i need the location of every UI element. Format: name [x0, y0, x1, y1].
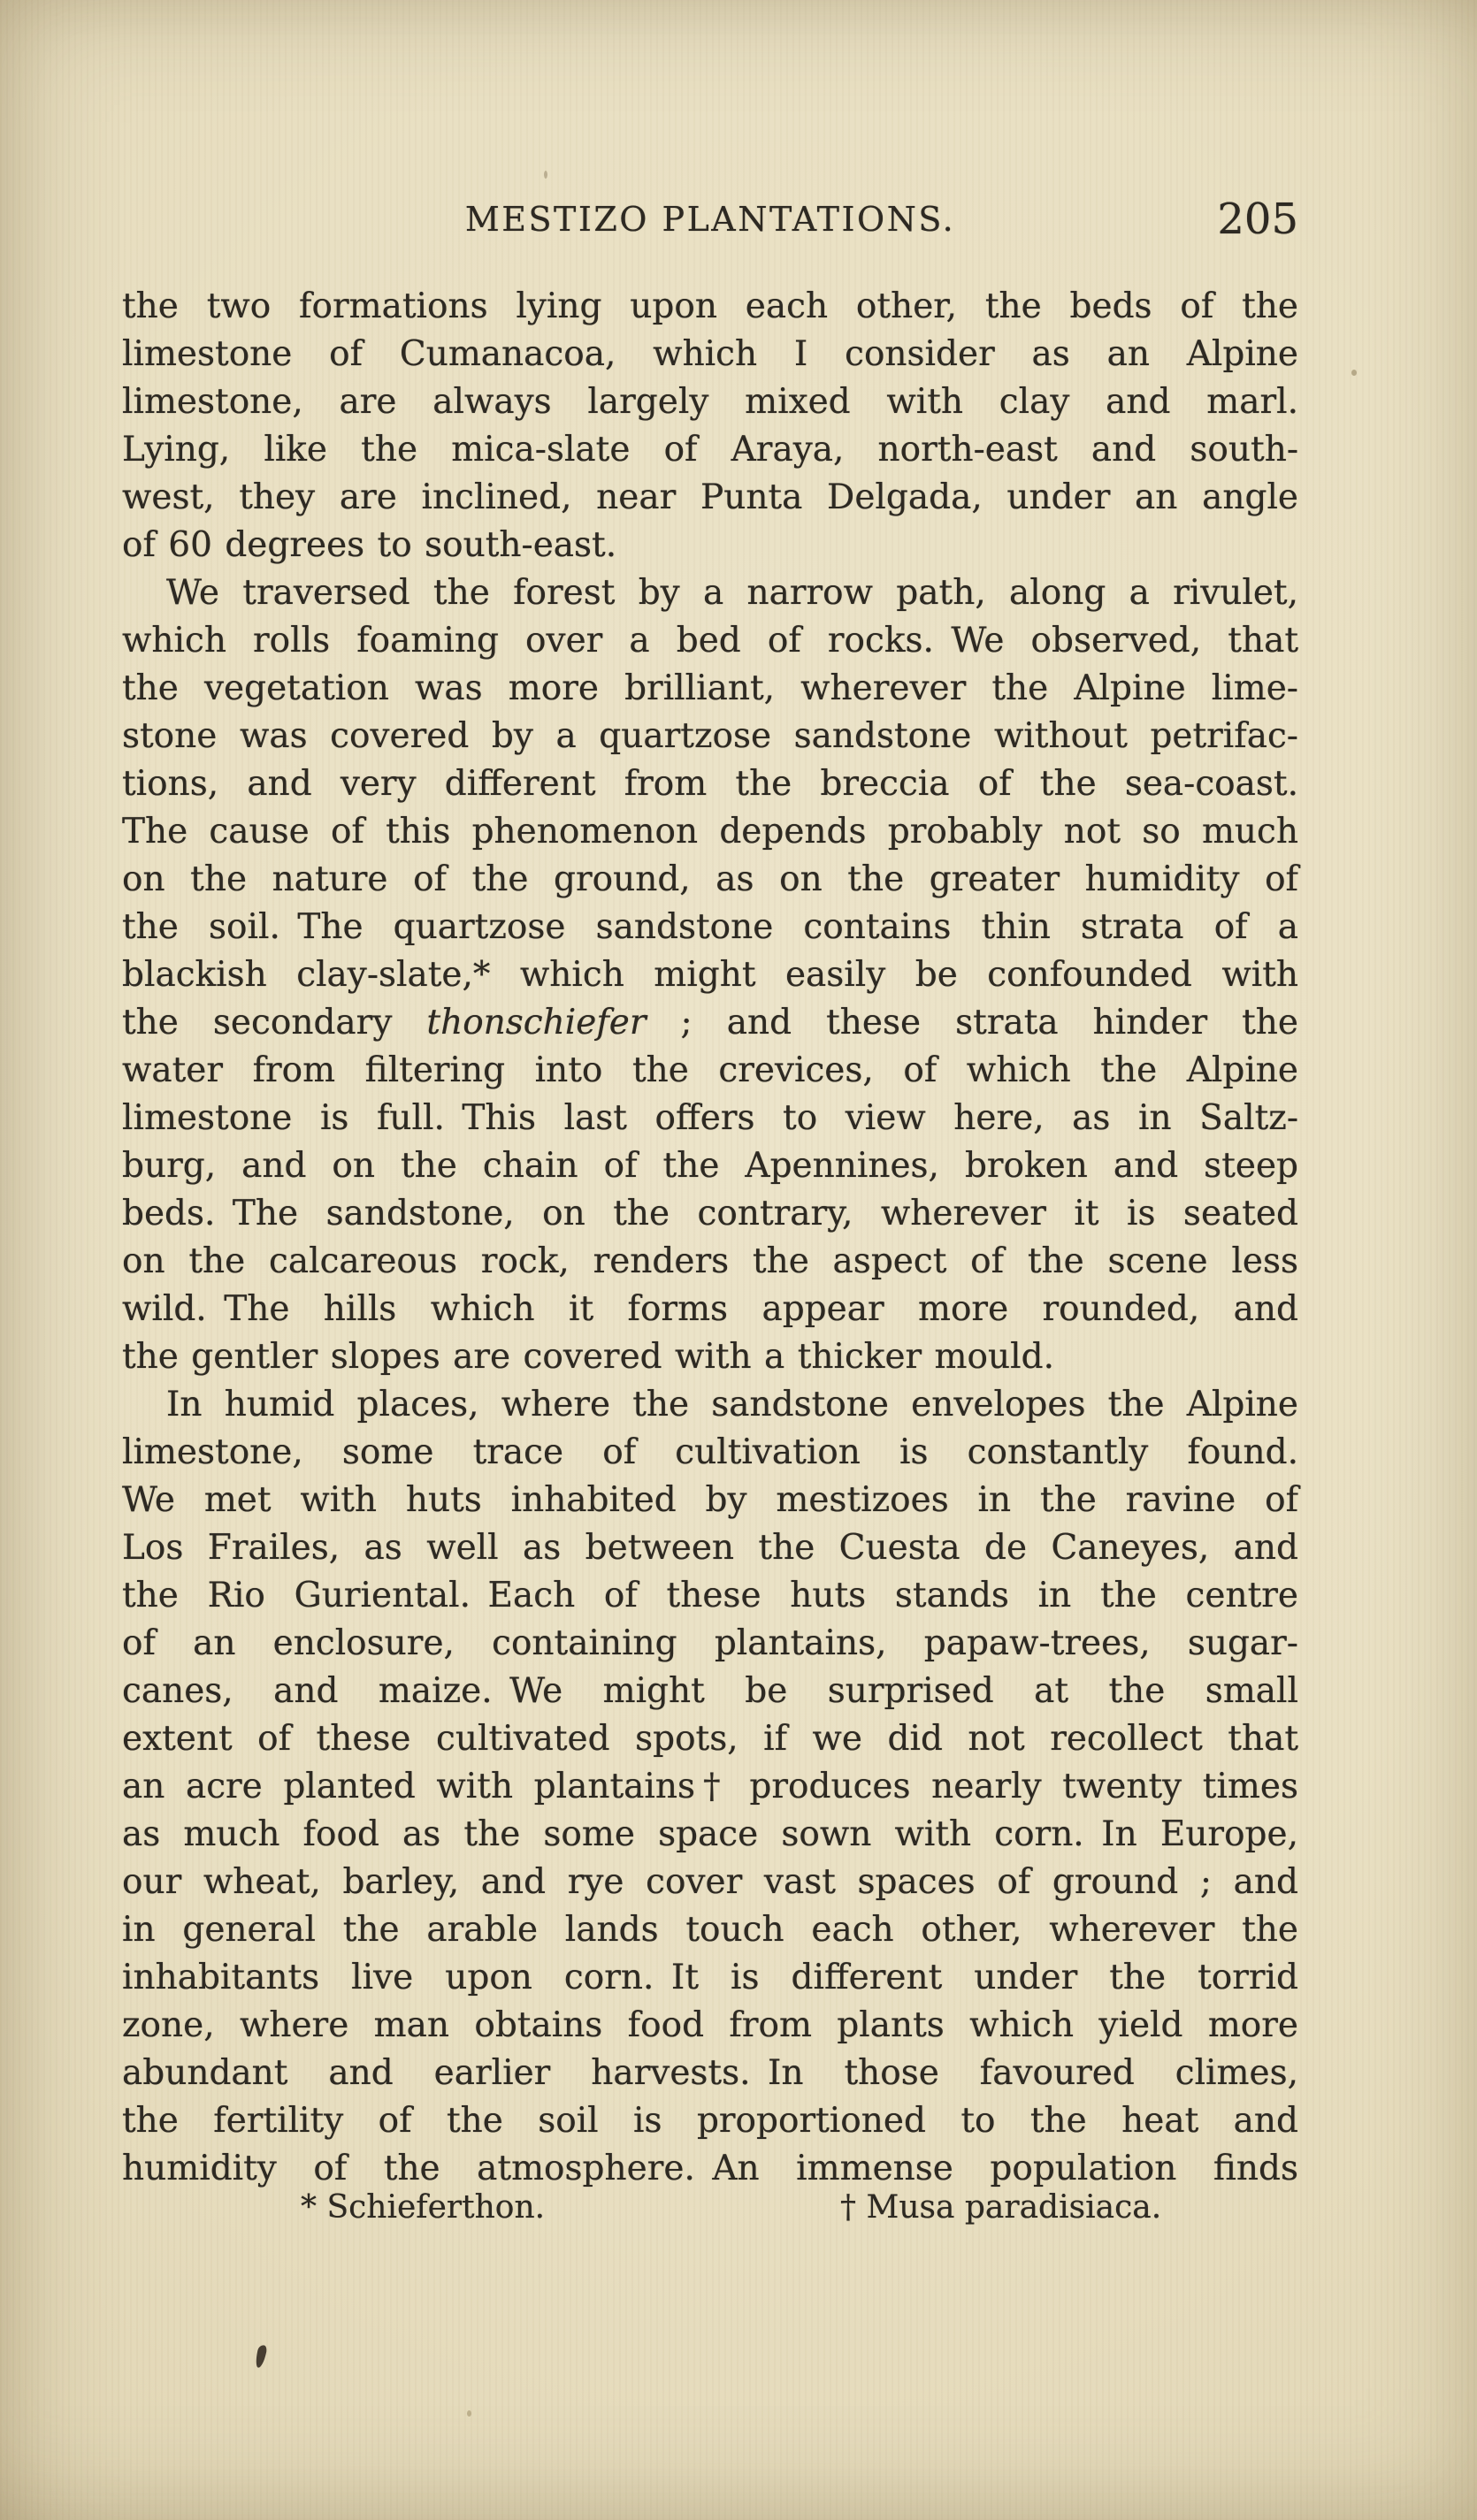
text-line: wild. The hills which it forms appear mo…	[122, 1286, 1298, 1333]
text-line: as much food as the some space sown with…	[122, 1811, 1298, 1859]
text-line: which rolls foaming over a bed of rocks.…	[122, 617, 1298, 665]
text-line: on the calcareous rock, renders the aspe…	[122, 1238, 1298, 1286]
paper-speck	[1351, 370, 1357, 376]
text-line: humidity of the atmosphere. An immense p…	[122, 2145, 1298, 2193]
text-line: the vegetation was more brilliant, where…	[122, 665, 1298, 713]
text-line: of 60 degrees to south-east.	[122, 522, 1298, 569]
text-line: limestone is full. This last offers to v…	[122, 1095, 1298, 1142]
text-line: on the nature of the ground, as on the g…	[122, 856, 1298, 904]
footnotes: * Schieferthon. † Musa paradisiaca.	[122, 2187, 1298, 2234]
footnote-text: Schieferthon.	[326, 2189, 545, 2226]
text-line: In humid places, where the sandstone env…	[122, 1381, 1298, 1429]
book-page: MESTIZO PLANTATIONS. 205 the two formati…	[0, 0, 1477, 2520]
text-line: Los Frailes, as well as between the Cues…	[122, 1524, 1298, 1572]
footnote-musa-paradisiaca: † Musa paradisiaca.	[840, 2187, 1161, 2229]
text-line: The cause of this phenomenon depends pro…	[122, 808, 1298, 856]
text-line: our wheat, barley, and rye cover vast sp…	[122, 1859, 1298, 1906]
text-line: We met with huts inhabited by mestizoes …	[122, 1477, 1298, 1524]
text-line: the secondary thonschiefer ; and these s…	[122, 999, 1298, 1047]
page-header: MESTIZO PLANTATIONS. 205	[122, 195, 1298, 244]
paper-speck	[467, 2410, 471, 2417]
text-line: canes, and maize. We might be surprised …	[122, 1668, 1298, 1715]
text-line: the Rio Guriental. Each of these huts st…	[122, 1572, 1298, 1620]
text-line: Lying, like the mica-slate of Araya, nor…	[122, 426, 1298, 474]
italic-term: thonschiefer	[426, 1003, 646, 1042]
text-line: in general the arable lands touch each o…	[122, 1906, 1298, 1954]
text-line: beds. The sandstone, on the contrary, wh…	[122, 1190, 1298, 1238]
footnote-marker: †	[840, 2189, 856, 2226]
footnote-schieferthon: * Schieferthon.	[301, 2187, 545, 2229]
text-line: zone, where man obtains food from plants…	[122, 2002, 1298, 2050]
text-line: blackish clay-slate,* which might easily…	[122, 951, 1298, 999]
text-line: abundant and earlier harvests. In those …	[122, 2050, 1298, 2097]
text-line: extent of these cultivated spots, if we …	[122, 1715, 1298, 1763]
footnote-marker: *	[301, 2189, 317, 2226]
text-line: an acre planted with plantains† produces…	[122, 1763, 1298, 1811]
text-line: the soil. The quartzose sandstone contai…	[122, 904, 1298, 951]
text-line: the gentler slopes are covered with a th…	[122, 1333, 1298, 1381]
text-line: burg, and on the chain of the Apennines,…	[122, 1142, 1298, 1190]
text-line: inhabitants live upon corn. It is differ…	[122, 1954, 1298, 2002]
text-line: water from filtering into the crevices, …	[122, 1047, 1298, 1095]
text-line: tions, and very different from the brecc…	[122, 760, 1298, 808]
text-column: MESTIZO PLANTATIONS. 205 the two formati…	[122, 0, 1298, 2520]
text-line: limestone, some trace of cultivation is …	[122, 1429, 1298, 1477]
text-line: We traversed the forest by a narrow path…	[122, 569, 1298, 617]
page-number: 205	[1217, 195, 1298, 244]
text-line: the fertility of the soil is proportione…	[122, 2097, 1298, 2145]
text-line: the two formations lying upon each other…	[122, 283, 1298, 331]
running-title: MESTIZO PLANTATIONS.	[122, 195, 1298, 244]
text-line: west, they are inclined, near Punta Delg…	[122, 474, 1298, 522]
footnote-text: Musa paradisiaca.	[866, 2189, 1161, 2226]
text-line: of an enclosure, containing plantains, p…	[122, 1620, 1298, 1668]
text-line: limestone, are always largely mixed with…	[122, 378, 1298, 426]
paper-speck	[544, 171, 547, 179]
text-line: stone was covered by a quartzose sandsto…	[122, 713, 1298, 760]
body-text: the two formations lying upon each other…	[122, 283, 1298, 2193]
text-line: limestone of Cumanacoa, which I consider…	[122, 331, 1298, 378]
